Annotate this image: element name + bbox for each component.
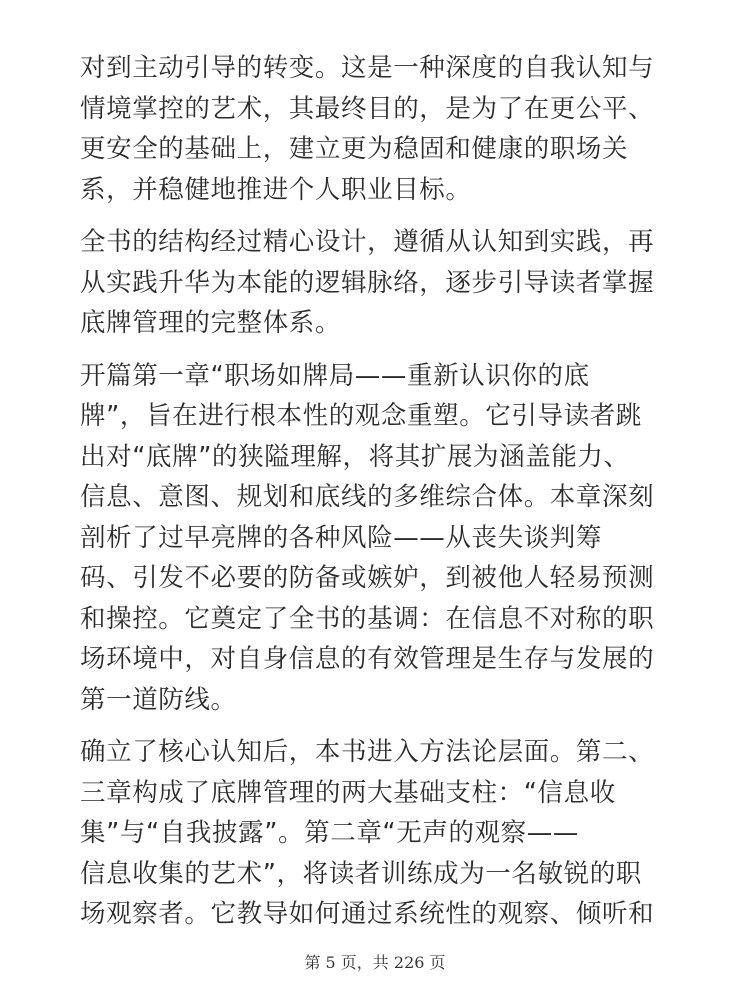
text-line: 剖析了过早亮牌的各种风险——从丧失谈判筹 (80, 518, 690, 559)
text-line: 全书的结构经过精心设计，遵循从认知到实践，再 (80, 222, 690, 263)
text-line: 场观察者。它教导如何通过系统性的观察、倾听和 (80, 894, 690, 935)
paragraph-1: 对到主动引导的转变。这是一种深度的自我认知与 情境掌控的艺术，其最终目的，是为了… (80, 48, 690, 210)
text-line: 底牌管理的完整体系。 (80, 303, 690, 344)
text-line: 集”与“自我披露”。第二章“无声的观察—— (80, 813, 690, 854)
text-line: 出对“底牌”的狭隘理解，将其扩展为涵盖能力、 (80, 437, 690, 478)
text-line: 信息收集的艺术”，将读者训练成为一名敏锐的职 (80, 854, 690, 895)
text-line: 牌”，旨在进行根本性的观念重塑。它引导读者跳 (80, 396, 690, 437)
paragraph-3: 开篇第一章“职场如牌局——重新认识你的底 牌”，旨在进行根本性的观念重塑。它引导… (80, 356, 690, 721)
text-line: 场环境中，对自身信息的有效管理是生存与发展的 (80, 639, 690, 680)
page-number-footer: 第 5 页，共 226 页 (0, 950, 750, 973)
text-line: 更安全的基础上，建立更为稳固和健康的职场关 (80, 129, 690, 170)
text-line: 信息、意图、规划和底线的多维综合体。本章深刻 (80, 477, 690, 518)
text-line: 对到主动引导的转变。这是一种深度的自我认知与 (80, 48, 690, 89)
text-line: 第一道防线。 (80, 680, 690, 721)
text-line: 和操控。它奠定了全书的基调：在信息不对称的职 (80, 599, 690, 640)
text-line: 从实践升华为本能的逻辑脉络，逐步引导读者掌握 (80, 263, 690, 304)
paragraph-4: 确立了核心认知后，本书进入方法论层面。第二、 三章构成了底牌管理的两大基础支柱：… (80, 732, 690, 935)
text-line: 开篇第一章“职场如牌局——重新认识你的底 (80, 356, 690, 397)
text-line: 系，并稳健地推进个人职业目标。 (80, 170, 690, 211)
text-line: 码、引发不必要的防备或嫉妒，到被他人轻易预测 (80, 558, 690, 599)
paragraph-2: 全书的结构经过精心设计，遵循从认知到实践，再 从实践升华为本能的逻辑脉络，逐步引… (80, 222, 690, 344)
text-line: 三章构成了底牌管理的两大基础支柱：“信息收 (80, 773, 690, 814)
text-line: 情境掌控的艺术，其最终目的，是为了在更公平、 (80, 89, 690, 130)
document-page: 对到主动引导的转变。这是一种深度的自我认知与 情境掌控的艺术，其最终目的，是为了… (80, 48, 690, 947)
text-line: 确立了核心认知后，本书进入方法论层面。第二、 (80, 732, 690, 773)
